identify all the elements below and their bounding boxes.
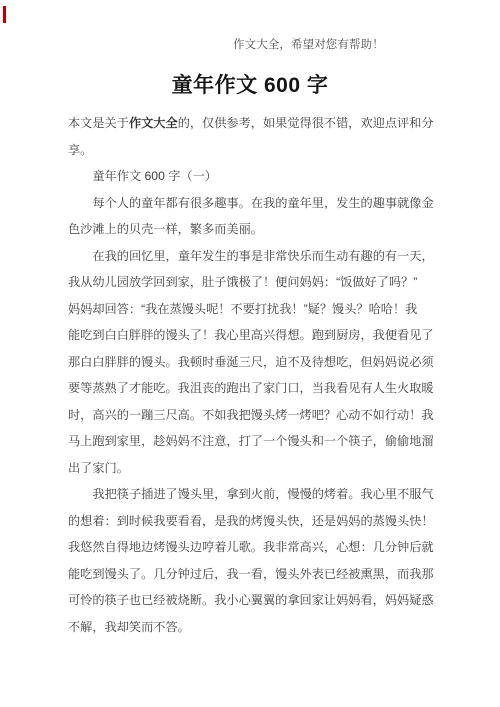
text-line: 在我的回忆里，童年发生的事是非常快乐而生动有趣的有一天， xyxy=(68,243,436,270)
text-line: 可怜的筷子也已经被烧断。我小心翼翼的拿回家让妈妈看，妈妈疑惑 xyxy=(68,587,436,614)
text-line: 不解，我却笑而不答。 xyxy=(68,614,436,641)
text-line: 那白白胖胖的馒头。我顿时垂涎三尺，迫不及待想吃，但妈妈说必须 xyxy=(68,349,436,376)
document-page: 作文大全，希望对您有帮助！ 童年作文 600 字 本文是关于作文大全的，仅供参考… xyxy=(0,0,500,707)
text-line-intro: 本文是关于作文大全的，仅供参考，如果觉得很不错，欢迎点评和分 xyxy=(68,110,436,137)
text-line: 时，高兴的一蹦三尺高。不如我把馒头烤一烤吧？心动不如行动！我 xyxy=(68,402,436,429)
intro-bold-keyword: 作文大全 xyxy=(129,116,178,130)
text-line: 我从幼儿园放学回到家，肚子饿极了！便问妈妈：“饭做好了吗？” xyxy=(68,269,436,296)
text-line: 我悠然自得地边烤馒头边哼着儿歌。我非常高兴，心想：几分钟后就 xyxy=(68,534,436,561)
text-line: 马上跑到家里，趁妈妈不注意，打了一个馒头和一个筷子，偷偷地溜 xyxy=(68,428,436,455)
intro-suffix: 的，仅供参考，如果觉得很不错，欢迎点评和分 xyxy=(178,116,434,130)
text-line: 妈妈却回答：“我在蒸馒头呢！不要打扰我！”疑？馒头？哈哈！我 xyxy=(68,296,436,323)
red-corner-mark xyxy=(3,6,6,23)
text-line: 能吃到馒头了。几分钟过后，我一看，馒头外表已经被熏黑，而我那 xyxy=(68,561,436,588)
page-header-note: 作文大全，希望对您有帮助！ xyxy=(233,36,384,52)
text-line: 出了家门。 xyxy=(68,455,436,482)
text-line-container: 享。童年作文 600 字（一）每个人的童年都有很多趣事。在我的童年里，发生的趣事… xyxy=(68,137,436,641)
text-line: 童年作文 600 字（一） xyxy=(68,163,436,190)
text-line: 色沙滩上的贝壳一样，繁多而美丽。 xyxy=(68,216,436,243)
text-line: 能吃到白白胖胖的馒头了！我心里高兴得想。跑到厨房，我便看见了 xyxy=(68,322,436,349)
page-title: 童年作文 600 字 xyxy=(0,69,500,99)
intro-prefix: 本文是关于 xyxy=(68,116,129,130)
text-line: 要等蒸熟了才能吃。我沮丧的跑出了家门口，当我看见有人生火取暖 xyxy=(68,375,436,402)
text-line: 享。 xyxy=(68,137,436,164)
text-line: 我把筷子插进了馒头里，拿到火前，慢慢的烤着。我心里不服气 xyxy=(68,481,436,508)
text-line: 每个人的童年都有很多趣事。在我的童年里，发生的趣事就像金 xyxy=(68,190,436,217)
essay-body: 本文是关于作文大全的，仅供参考，如果觉得很不错，欢迎点评和分 享。童年作文 60… xyxy=(68,110,436,640)
text-line: 的想着：到时候我要看看，是我的烤馒头快，还是妈妈的蒸馒头快！ xyxy=(68,508,436,535)
